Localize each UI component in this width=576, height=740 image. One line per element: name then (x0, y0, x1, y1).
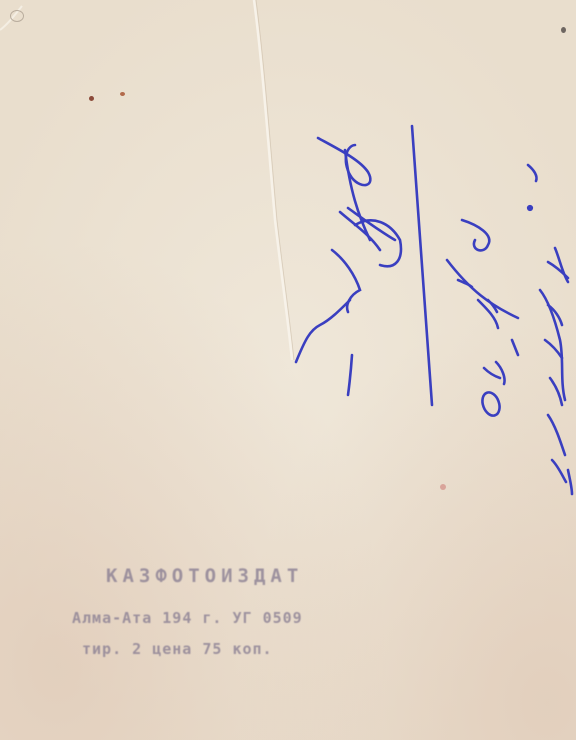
photo-back: КАЗФОТОИЗДАТ Алма-Ата 194 г. УГ 0509 тир… (0, 0, 576, 740)
handwritten-signature (0, 0, 576, 740)
